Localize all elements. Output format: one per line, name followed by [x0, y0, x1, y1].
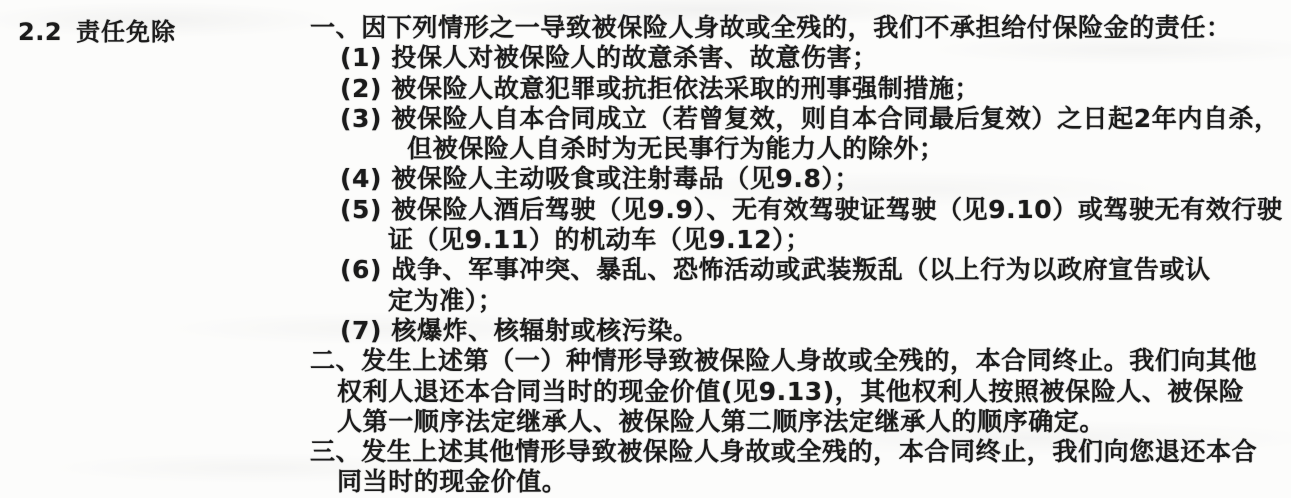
clause-line: 证（见9.11）的机动车（见9.12）； — [310, 225, 1291, 255]
clause-line: (4) 被保险人主动吸食或注射毒品（见9.8）； — [310, 164, 1291, 194]
clause-line: (7) 核爆炸、核辐射或核污染。 — [310, 316, 1291, 346]
clause-number: 2.2 — [18, 18, 62, 46]
clause-line: 定为准）； — [310, 286, 1291, 316]
clause-title: 责任免除 — [76, 18, 176, 46]
clause-content: 一、因下列情形之一导致被保险人身故或全残的，我们不承担给付保险金的责任： (1)… — [310, 13, 1291, 498]
clause-line: 但被保险人自杀时为无民事行为能力人的除外； — [310, 134, 1291, 164]
document-page: 2.2责任免除 一、因下列情形之一导致被保险人身故或全残的，我们不承担给付保险金… — [0, 0, 1291, 498]
clause-line: 人第一顺序法定继承人、被保险人第二顺序法定继承人的顺序确定。 — [310, 407, 1291, 437]
clause-line: (3) 被保险人自本合同成立（若曾复效，则自本合同最后复效）之日起2年内自杀， — [310, 104, 1291, 134]
clause-line: 三、发生上述其他情形导致被保险人身故或全残的，本合同终止，我们向您退还本合 — [310, 437, 1291, 467]
clause-line: 权利人退还本合同当时的现金价值(见9.13)，其他权利人按照被保险人、被保险 — [310, 377, 1291, 407]
clause-line: (2) 被保险人故意犯罪或抗拒依法采取的刑事强制措施； — [310, 74, 1291, 104]
clause-line: 二、发生上述第（一）种情形导致被保险人身故或全残的，本合同终止。我们向其他 — [310, 346, 1291, 376]
clause-line: (1) 投保人对被保险人的故意杀害、故意伤害； — [310, 43, 1291, 73]
clause-line: 同当时的现金价值。 — [310, 467, 1291, 497]
clause-line: 一、因下列情形之一导致被保险人身故或全残的，我们不承担给付保险金的责任： — [310, 13, 1291, 43]
clause-line: (6) 战争、军事冲突、暴乱、恐怖活动或武装叛乱（以上行为以政府宣告或认 — [310, 255, 1291, 285]
clause-line: (5) 被保险人酒后驾驶（见9.9）、无有效驾驶证驾驶（见9.10）或驾驶无有效… — [310, 195, 1291, 225]
clause-label: 2.2责任免除 — [18, 12, 176, 47]
